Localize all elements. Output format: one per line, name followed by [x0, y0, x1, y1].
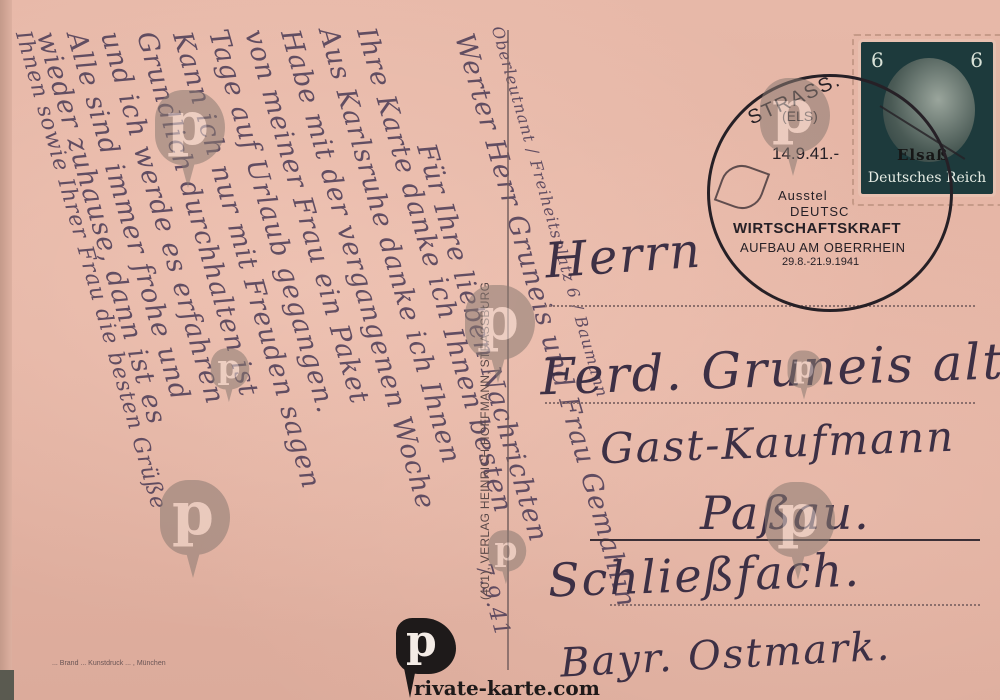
watermark-icon: p: [783, 346, 828, 401]
card-edge: [0, 0, 12, 700]
watermark-icon: p: [482, 525, 532, 586]
postmark-text: DEUTSC: [790, 204, 849, 219]
address-name: Ferd. Gruneis alt,: [539, 332, 1000, 407]
address-region: Bayr. Ostmark.: [559, 623, 892, 686]
postcard: Werter Herr Gruneis und Frau Gemahlin Ob…: [0, 0, 1000, 700]
stamp-value: 6: [871, 48, 884, 72]
stamp-value: 6: [970, 48, 983, 72]
watermark-icon: p: [750, 68, 840, 178]
background-corner: [0, 670, 14, 700]
postmark-dates: 29.8.-21.9.1941: [782, 256, 859, 268]
watermark-icon: p: [205, 343, 255, 404]
logo-text: rivate-karte.com: [414, 676, 600, 700]
watermark-icon: p: [455, 275, 545, 385]
watermark-icon: p: [150, 470, 240, 580]
postmark-text: Ausstel: [778, 188, 828, 203]
address-occupation: Gast-Kaufmann: [599, 412, 956, 473]
address-line: [545, 305, 975, 307]
postmark-text: AUFBAU AM OBERRHEIN: [740, 240, 906, 255]
handwritten-message: Werter Herr Gruneis und Frau Gemahlin Ob…: [20, 20, 500, 680]
watermark-icon: p: [145, 80, 235, 190]
printer-note: ... Brand ... Kunstdruck ... , München: [52, 660, 166, 667]
address-line: [610, 604, 980, 606]
postmark-text: WIRTSCHAFTSKRAFT: [733, 220, 901, 237]
watermark-icon: p: [755, 472, 845, 582]
address-salutation: Herrn: [543, 223, 704, 290]
